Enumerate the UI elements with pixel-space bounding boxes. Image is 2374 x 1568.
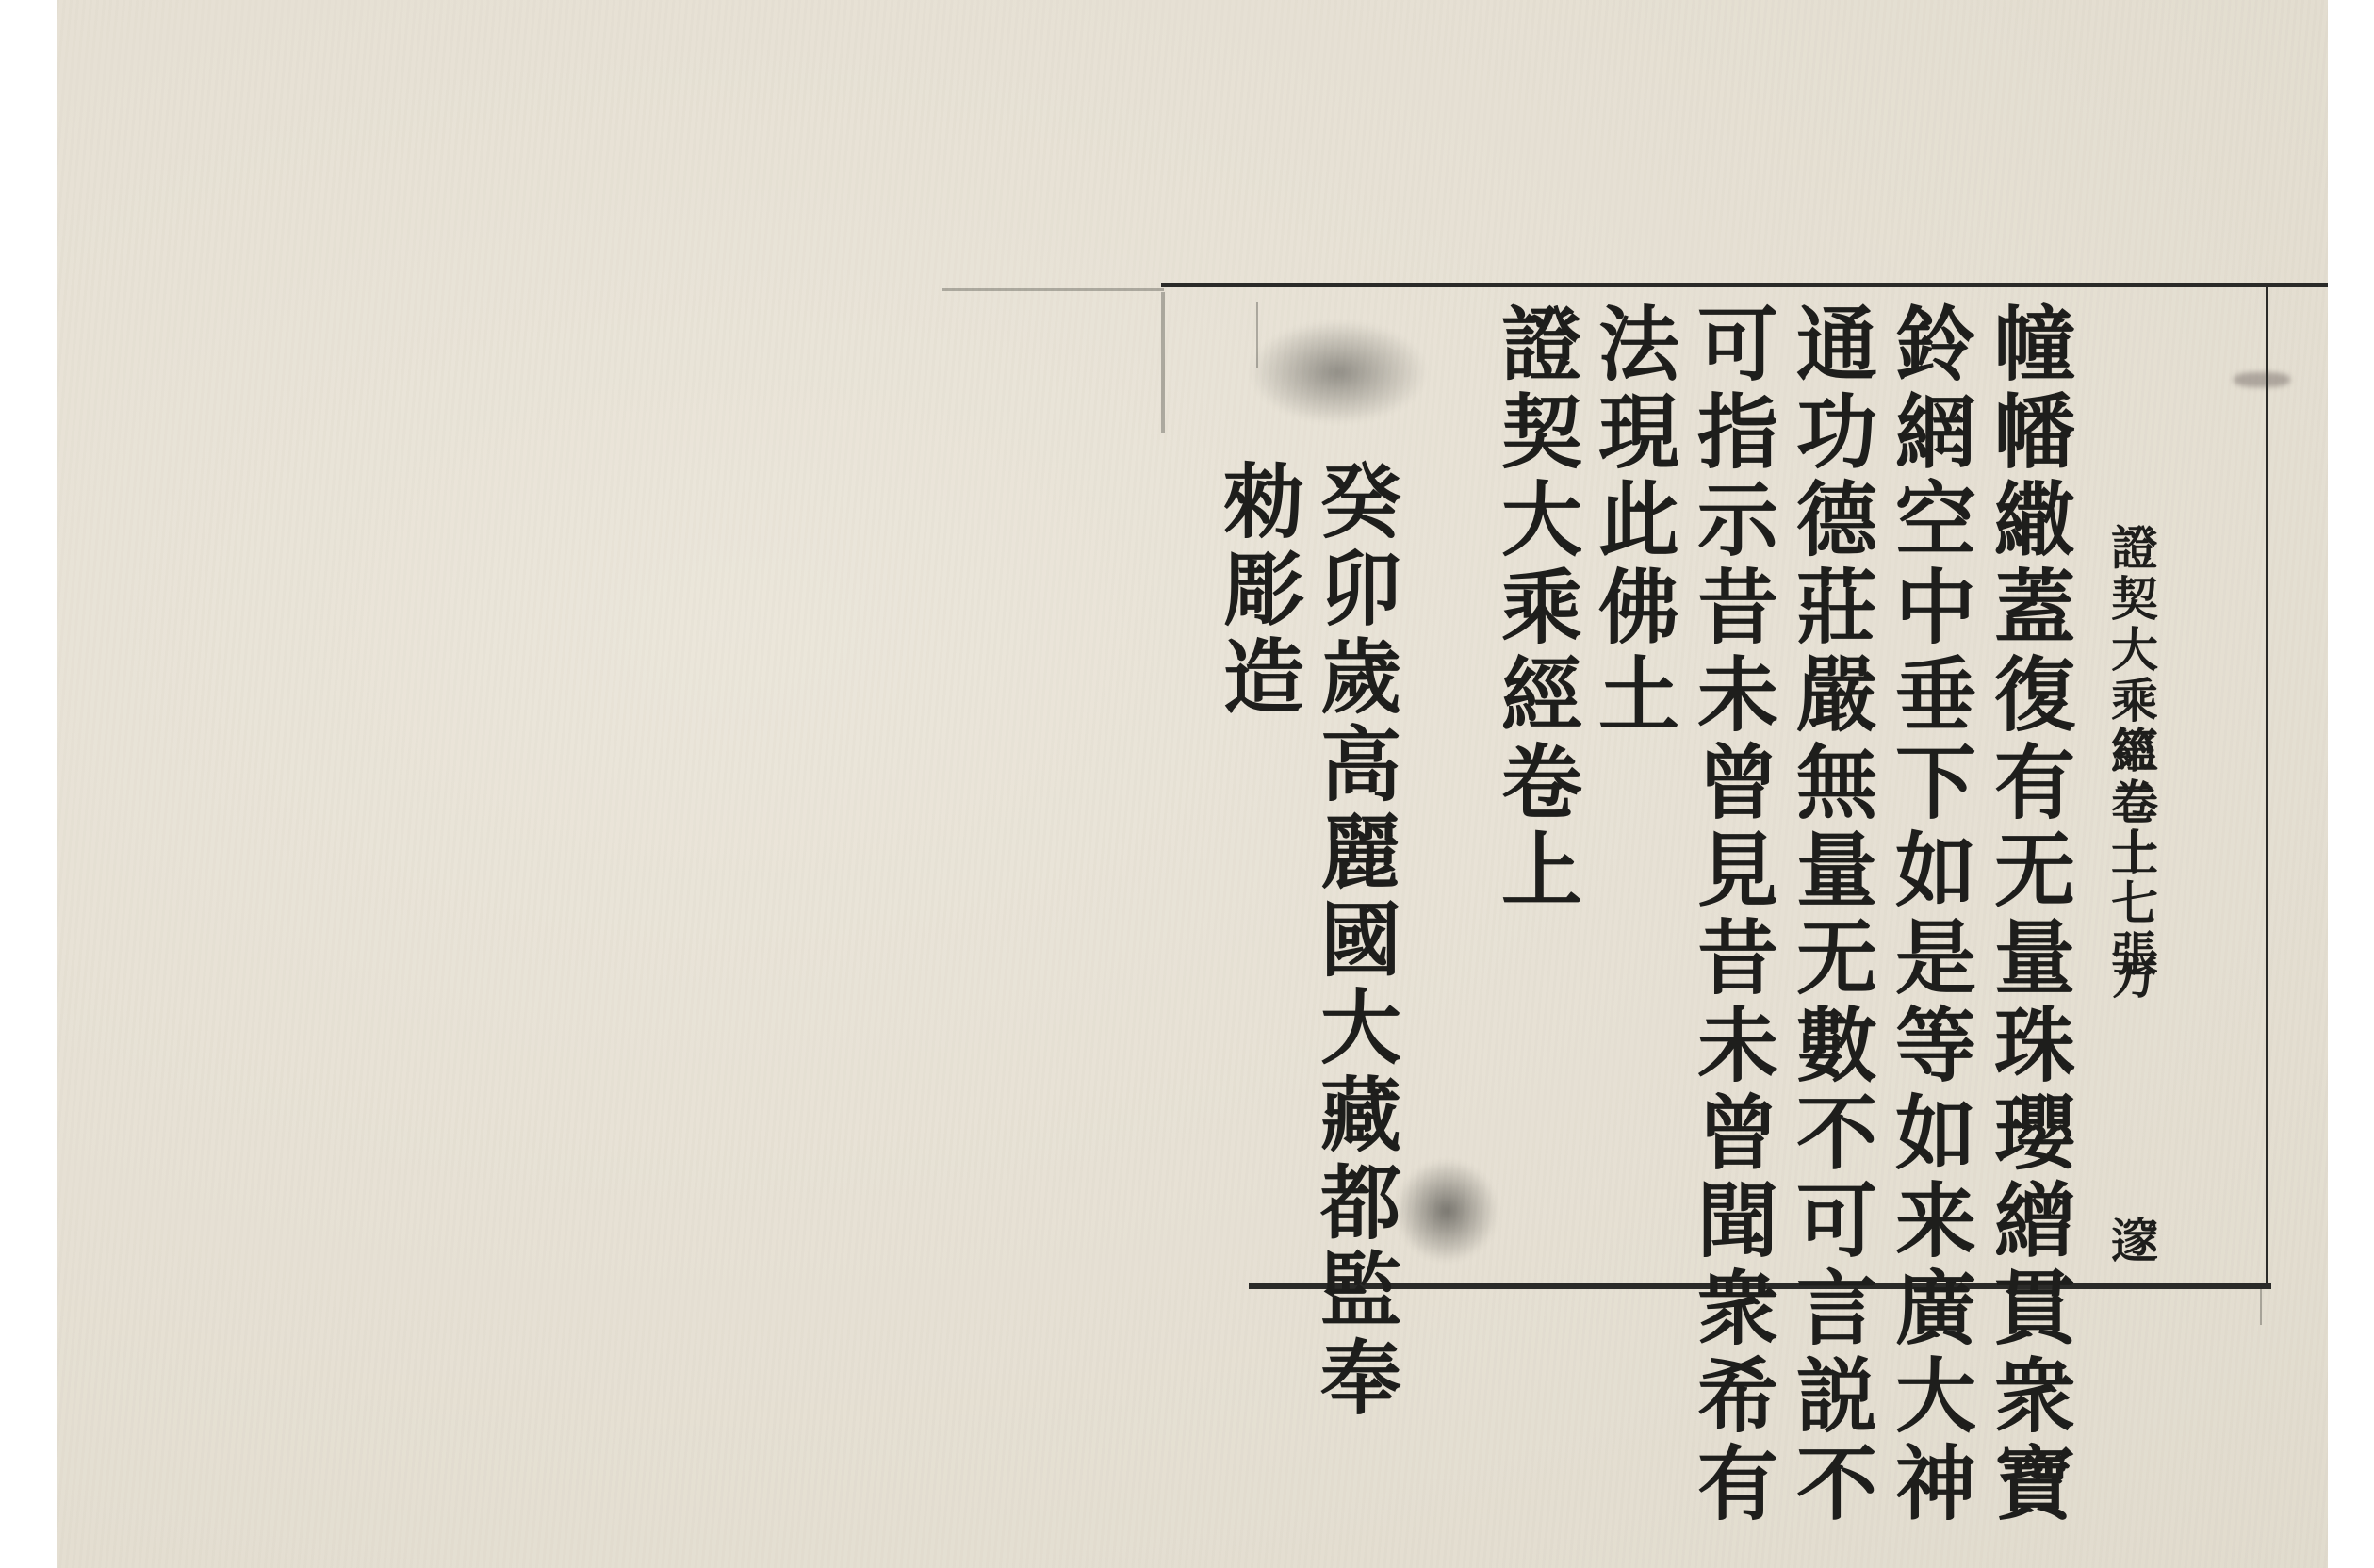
text-column-2: 鈴網空中垂下如是等如来廣大神 [1888, 302, 1969, 1528]
colophon-line-1: 癸卯歲高麗國大藏都監奉 [1313, 459, 1394, 1423]
margin-mark: 方 [2107, 952, 2154, 1003]
text-column-3: 通功德莊嚴無量无數不可言説不 [1789, 302, 1870, 1528]
margin-carver-mark: 𨗉 [2107, 1216, 2154, 1266]
ink-smudge-top [1249, 320, 1428, 424]
frame-top [1161, 283, 2328, 287]
colophon-line-2: 勑彫造 [1216, 459, 1297, 722]
margin-page-number: 第二十七張 [2107, 726, 2154, 980]
text-column-5: 法現此佛土 [1591, 302, 1672, 740]
end-title: 證契大乘經卷上 [1494, 302, 1575, 915]
frame-top-faint [942, 288, 1164, 291]
text-column-1: 幢幡繖蓋復有无量珠瓔繒貫衆寶 [1987, 302, 2068, 1528]
frame-left-stub [1161, 292, 1165, 433]
text-column-4: 可指示昔未曾見昔未曾聞衆希有 [1690, 302, 1771, 1528]
ink-smudge-bottom [1395, 1159, 1498, 1263]
frame-right-outer [2260, 1287, 2262, 1325]
frame-right-inner [2266, 286, 2268, 1287]
stain-right [2234, 372, 2290, 387]
frame-left-stub-2 [1256, 302, 1258, 367]
